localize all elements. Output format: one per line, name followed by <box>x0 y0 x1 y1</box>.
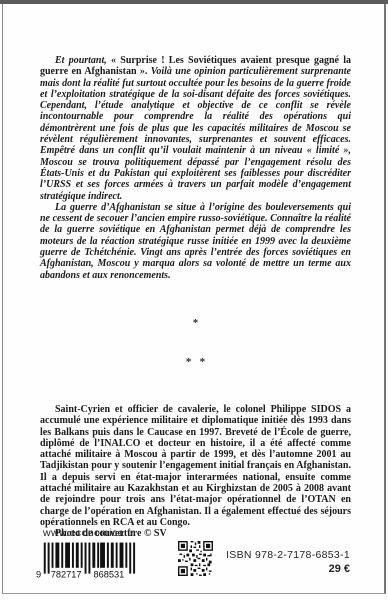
asterism-bottom: * * <box>40 356 351 369</box>
barcode-digit-group2: 868531 <box>93 570 124 580</box>
asterism-top: * <box>40 317 351 330</box>
asterism-separator: * * * <box>40 291 351 395</box>
barcode-digit-group1: 782717 <box>51 570 82 580</box>
book-back-cover: Et pourtant, « Surprise ! Les Soviétique… <box>0 0 388 600</box>
blurb-rest: Voilà une opinion particulièrement surpr… <box>40 66 351 201</box>
qr-code-graphic <box>178 541 213 576</box>
isbn-price-block: ISBN 978-2-7178-6853-1 29 € <box>226 549 350 575</box>
blurb-lead: Et pourtant, <box>55 55 111 66</box>
top-edge-bar <box>0 0 388 4</box>
barcode-digit-left: 9 <box>36 570 41 580</box>
photo-credit: Photo de couverture © SV <box>40 528 351 539</box>
ean-barcode-graphic: 9 782717 868531 <box>36 542 138 580</box>
isbn-number: ISBN 978-2-7178-6853-1 <box>226 549 350 561</box>
back-cover-text-column: Et pourtant, « Surprise ! Les Soviétique… <box>40 55 351 540</box>
author-bio-paragraph: Saint-Cyrien et officier de cavalerie, l… <box>40 404 351 528</box>
price: 29 € <box>226 563 350 575</box>
blurb-paragraph-1: Et pourtant, « Surprise ! Les Soviétique… <box>40 55 351 202</box>
blurb-paragraph-2: La guerre d’Afghanistan se situe à l’ori… <box>40 202 351 281</box>
